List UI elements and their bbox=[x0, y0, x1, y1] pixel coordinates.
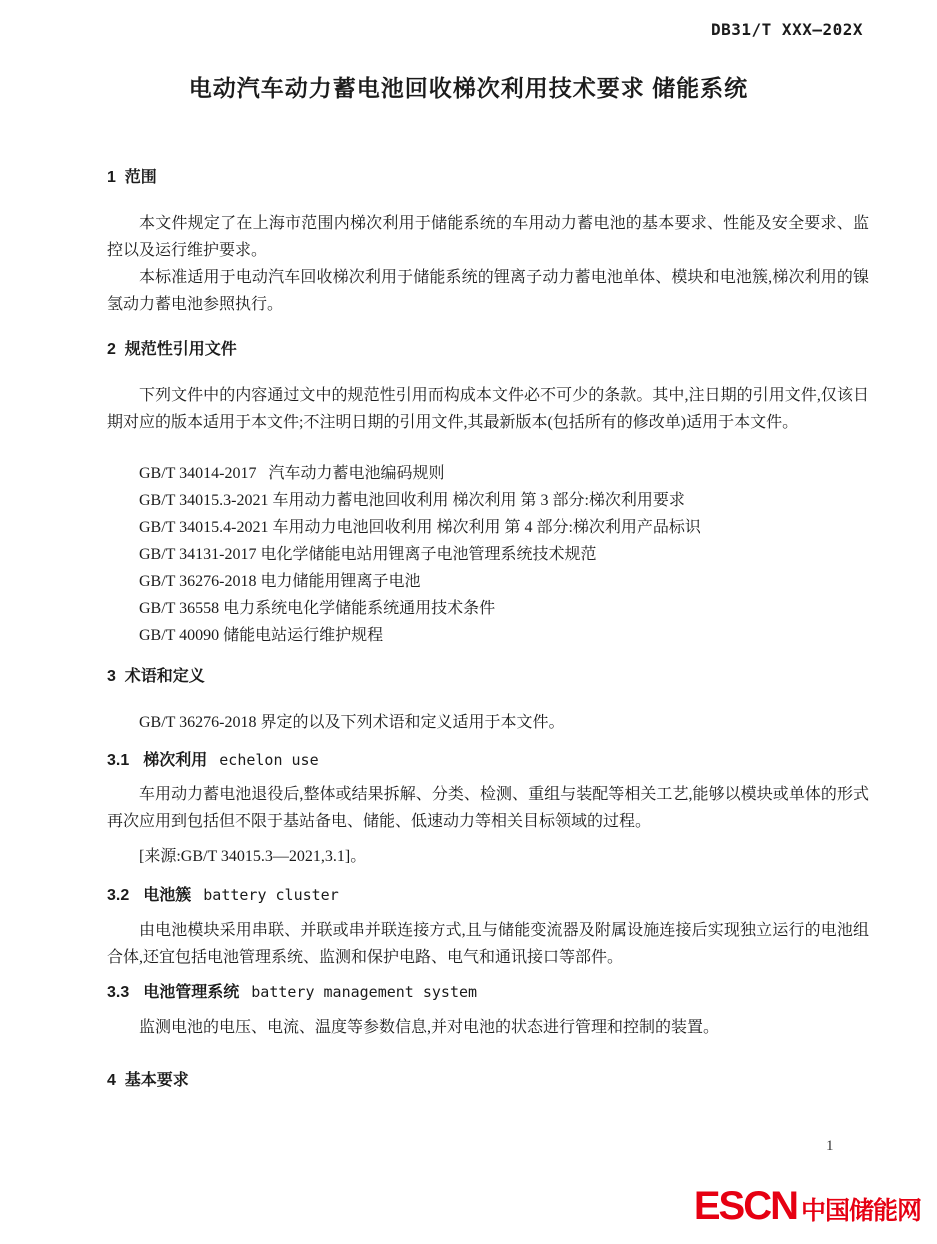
reference-item: GB/T 34015.4-2021 车用动力电池回收利用 梯次利用 第 4 部分… bbox=[107, 514, 907, 541]
reference-item: GB/T 34015.3-2021 车用动力蓄电池回收利用 梯次利用 第 3 部… bbox=[107, 487, 907, 514]
term-3-2-definition: 由电池模块采用串联、并联或串并联连接方式,且与储能变流器及附属设施连接后实现独立… bbox=[107, 917, 869, 971]
doc-code: DB31/T XXX—202X bbox=[711, 20, 863, 39]
term-name-zh: 电池簇 bbox=[143, 887, 191, 904]
source-citation: [来源:GB/T 34015.3—2021,3.1]。 bbox=[107, 843, 869, 870]
escn-logo: ESCN 中国储能网 bbox=[694, 1186, 921, 1226]
section-2-paragraph: 下列文件中的内容通过文中的规范性引用而构成本文件必不可少的条款。其中,注日期的引… bbox=[107, 382, 869, 436]
reference-item: GB/T 34014-2017 汽车动力蓄电池编码规则 bbox=[107, 460, 907, 487]
definition-paragraph: 车用动力蓄电池退役后,整体或结果拆解、分类、检测、重组与装配等相关工艺,能够以模… bbox=[107, 781, 869, 835]
page-title: 电动汽车动力蓄电池回收梯次利用技术要求 储能系统 bbox=[0, 70, 937, 103]
section-2-body: 下列文件中的内容通过文中的规范性引用而构成本文件必不可少的条款。其中,注日期的引… bbox=[107, 382, 869, 436]
term-number: 3.1 bbox=[107, 752, 129, 769]
term-name-en: battery management system bbox=[251, 983, 477, 1001]
page-number: 1 bbox=[826, 1138, 834, 1155]
section-1-heading: 1 范围 bbox=[107, 164, 157, 187]
section-2-heading: 2 规范性引用文件 bbox=[107, 336, 237, 359]
reference-item: GB/T 40090 储能电站运行维护规程 bbox=[107, 622, 907, 649]
term-3-1-definition: 车用动力蓄电池退役后,整体或结果拆解、分类、检测、重组与装配等相关工艺,能够以模… bbox=[107, 781, 869, 835]
escn-logo-text-zh: 中国储能网 bbox=[801, 1199, 921, 1224]
term-3-3-definition: 监测电池的电压、电流、温度等参数信息,并对电池的状态进行管理和控制的装置。 bbox=[107, 1014, 869, 1041]
term-name-en: battery cluster bbox=[203, 886, 338, 904]
term-number: 3.2 bbox=[107, 887, 129, 904]
term-name-en: echelon use bbox=[219, 751, 318, 769]
section-1-paragraph-1: 本文件规定了在上海市范围内梯次利用于储能系统的车用动力蓄电池的基本要求、性能及安… bbox=[107, 210, 869, 264]
section-1-paragraph-2: 本标准适用于电动汽车回收梯次利用于储能系统的锂离子动力蓄电池单体、模块和电池簇,… bbox=[107, 264, 869, 318]
term-number: 3.3 bbox=[107, 984, 129, 1001]
term-3-3-heading: 3.3电池管理系统battery management system bbox=[107, 979, 477, 1002]
document-page: DB31/T XXX—202X 电动汽车动力蓄电池回收梯次利用技术要求 储能系统… bbox=[0, 0, 937, 1244]
escn-logo-text-en: ESCN bbox=[694, 1186, 797, 1226]
section-4-heading: 4 基本要求 bbox=[107, 1067, 189, 1090]
term-name-zh: 梯次利用 bbox=[143, 752, 207, 769]
reference-item: GB/T 36276-2018 电力储能用锂离子电池 bbox=[107, 568, 907, 595]
section-1-body: 本文件规定了在上海市范围内梯次利用于储能系统的车用动力蓄电池的基本要求、性能及安… bbox=[107, 210, 869, 318]
section-3-heading: 3 术语和定义 bbox=[107, 663, 205, 686]
term-3-1-heading: 3.1梯次利用echelon use bbox=[107, 747, 319, 770]
definition-paragraph: 监测电池的电压、电流、温度等参数信息,并对电池的状态进行管理和控制的装置。 bbox=[107, 1014, 869, 1041]
term-3-2-heading: 3.2电池簇battery cluster bbox=[107, 882, 339, 905]
term-name-zh: 电池管理系统 bbox=[143, 984, 239, 1001]
definition-paragraph: 由电池模块采用串联、并联或串并联连接方式,且与储能变流器及附属设施连接后实现独立… bbox=[107, 917, 869, 971]
reference-item: GB/T 36558 电力系统电化学储能系统通用技术条件 bbox=[107, 595, 907, 622]
term-3-1-source: [来源:GB/T 34015.3—2021,3.1]。 bbox=[107, 843, 869, 870]
normative-references-list: GB/T 34014-2017 汽车动力蓄电池编码规则 GB/T 34015.3… bbox=[107, 460, 907, 649]
reference-item: GB/T 34131-2017 电化学储能电站用锂离子电池管理系统技术规范 bbox=[107, 541, 907, 568]
section-3-intro: GB/T 36276-2018 界定的以及下列术语和定义适用于本文件。 bbox=[107, 709, 869, 736]
section-3-intro-paragraph: GB/T 36276-2018 界定的以及下列术语和定义适用于本文件。 bbox=[107, 709, 869, 736]
